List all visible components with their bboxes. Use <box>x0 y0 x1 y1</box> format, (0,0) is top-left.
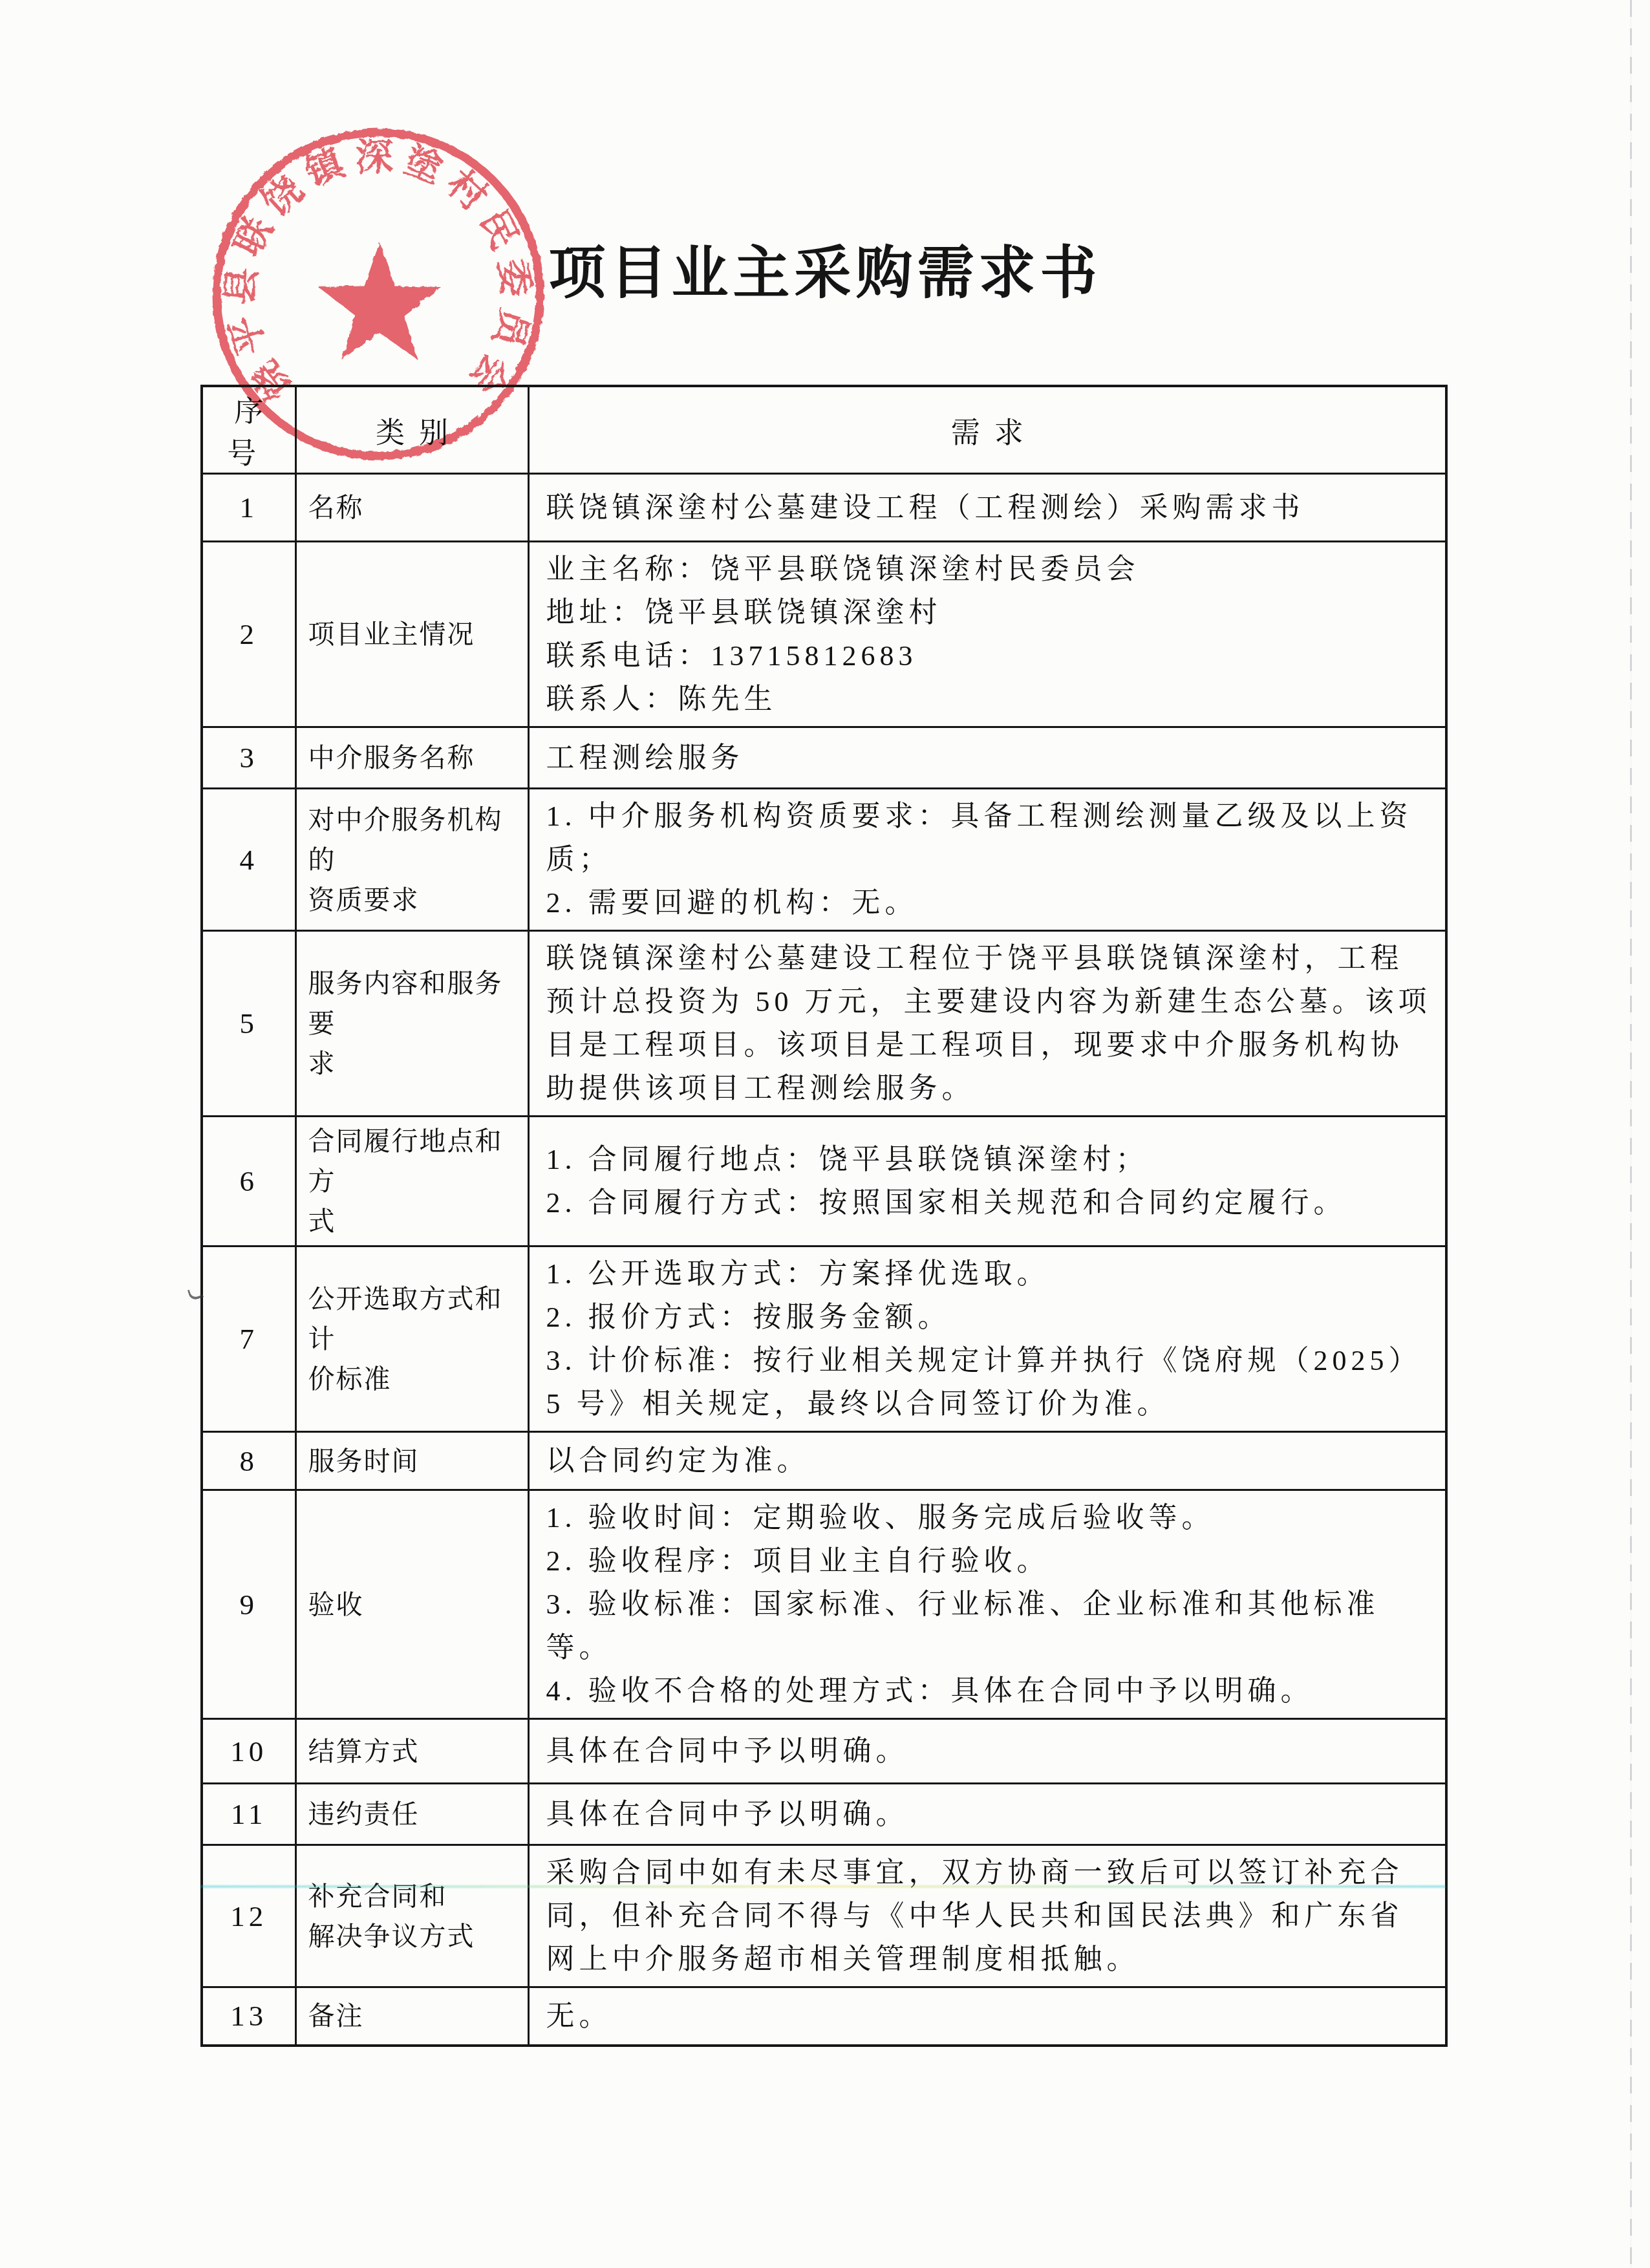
requirement-cell: 联饶镇深塗村公墓建设工程位于饶平县联饶镇深塗村，工程预计总投资为 50 万元，主… <box>528 931 1446 1117</box>
category-cell: 合同履行地点和方式 <box>295 1117 528 1246</box>
table-row: 13备注无。 <box>202 1987 1446 2046</box>
category-line: 结算方式 <box>308 1731 522 1771</box>
category-line: 验收 <box>308 1585 522 1625</box>
requirement-line: 联系电话：13715812683 <box>546 634 1434 678</box>
category-line: 违约责任 <box>308 1794 522 1834</box>
requirement-line: 4. 验收不合格的处理方式：具体在合同中予以明确。 <box>546 1669 1434 1713</box>
category-line: 对中介服务机构的 <box>308 800 522 880</box>
row-number-cell: 4 <box>202 789 295 931</box>
requirement-cell: 1. 合同履行地点：饶平县联饶镇深塗村；2. 合同履行方式：按照国家相关规范和合… <box>528 1117 1446 1246</box>
category-cell: 中介服务名称 <box>295 727 528 789</box>
requirement-line: 2. 需要回避的机构：无。 <box>546 881 1434 925</box>
scan-edge-artifact <box>1630 0 1632 2268</box>
category-line: 价标准 <box>308 1359 522 1399</box>
category-cell: 服务内容和服务要求 <box>295 931 528 1117</box>
requirement-cell: 工程测绘服务 <box>528 727 1446 789</box>
table-row: 7公开选取方式和计价标准1. 公开选取方式：方案择优选取。2. 报价方式：按服务… <box>202 1246 1446 1432</box>
requirement-line: 采购合同中如有未尽事宜，双方协商一致后可以签订补充合同，但补充合同不得与《中华人… <box>546 1851 1434 1981</box>
category-cell: 公开选取方式和计价标准 <box>295 1246 528 1432</box>
requirement-cell: 以合同约定为准。 <box>528 1432 1446 1490</box>
category-line: 解决争议方式 <box>308 1916 522 1956</box>
table-row: 4对中介服务机构的资质要求1. 中介服务机构资质要求：具备工程测绘测量乙级及以上… <box>202 789 1446 931</box>
requirement-cell: 1. 验收时间：定期验收、服务完成后验收等。2. 验收程序：项目业主自行验收。3… <box>528 1490 1446 1719</box>
category-cell: 验收 <box>295 1490 528 1719</box>
row-number-cell: 10 <box>202 1719 295 1784</box>
category-cell: 结算方式 <box>295 1719 528 1784</box>
requirement-line: 1. 合同履行地点：饶平县联饶镇深塗村； <box>546 1138 1434 1181</box>
requirement-cell: 具体在合同中予以明确。 <box>528 1719 1446 1784</box>
requirement-line: 无。 <box>546 1995 1434 2038</box>
header-seq: 序号 <box>202 386 295 474</box>
requirement-line: 1. 验收时间：定期验收、服务完成后验收等。 <box>546 1496 1434 1539</box>
row-number-cell: 6 <box>202 1117 295 1246</box>
table-row: 1名称联饶镇深塗村公墓建设工程（工程测绘）采购需求书 <box>202 474 1446 542</box>
requirement-line: 具体在合同中予以明确。 <box>546 1729 1434 1773</box>
row-number-cell: 12 <box>202 1845 295 1987</box>
requirement-cell: 采购合同中如有未尽事宜，双方协商一致后可以签订补充合同，但补充合同不得与《中华人… <box>528 1845 1446 1987</box>
category-line: 服务内容和服务要 <box>308 963 522 1043</box>
requirement-cell: 无。 <box>528 1987 1446 2046</box>
category-line: 中介服务名称 <box>308 738 522 778</box>
table-row: 12补充合同和解决争议方式采购合同中如有未尽事宜，双方协商一致后可以签订补充合同… <box>202 1845 1446 1987</box>
category-line: 服务时间 <box>308 1441 522 1481</box>
requirement-line: 地址：饶平县联饶镇深塗村 <box>546 591 1434 634</box>
row-number-cell: 1 <box>202 474 295 542</box>
row-number-cell: 7 <box>202 1246 295 1432</box>
requirement-cell: 1. 公开选取方式：方案择优选取。2. 报价方式：按服务金额。3. 计价标准：按… <box>528 1246 1446 1432</box>
requirement-line: 联饶镇深塗村公墓建设工程位于饶平县联饶镇深塗村，工程预计总投资为 50 万元，主… <box>546 937 1434 1110</box>
requirement-line: 3. 计价标准：按行业相关规定计算并执行《饶府规（2025）5 号》相关规定，最… <box>546 1339 1434 1426</box>
requirements-table: 序号 类别 需求 1名称联饶镇深塗村公墓建设工程（工程测绘）采购需求书2项目业主… <box>200 385 1448 2047</box>
row-number-cell: 3 <box>202 727 295 789</box>
category-cell: 项目业主情况 <box>295 542 528 727</box>
category-line: 项目业主情况 <box>308 614 522 654</box>
document-page: 饶平县联饶镇深塗村民委员会 项目业主采购需求书 序号 类别 需求 1名称联饶镇深… <box>0 0 1650 2268</box>
category-line: 公开选取方式和计 <box>308 1279 522 1359</box>
table-row: 2项目业主情况业主名称：饶平县联饶镇深塗村民委员会地址：饶平县联饶镇深塗村联系电… <box>202 542 1446 727</box>
requirement-cell: 1. 中介服务机构资质要求：具备工程测绘测量乙级及以上资质；2. 需要回避的机构… <box>528 789 1446 931</box>
requirement-line: 具体在合同中予以明确。 <box>546 1793 1434 1836</box>
table-body: 1名称联饶镇深塗村公墓建设工程（工程测绘）采购需求书2项目业主情况业主名称：饶平… <box>202 474 1446 2046</box>
category-line: 资质要求 <box>308 880 522 920</box>
category-line: 名称 <box>308 487 522 528</box>
requirement-line: 1. 中介服务机构资质要求：具备工程测绘测量乙级及以上资质； <box>546 795 1434 881</box>
requirement-line: 3. 验收标准：国家标准、行业标准、企业标准和其他标准等。 <box>546 1583 1434 1669</box>
row-number-cell: 9 <box>202 1490 295 1719</box>
requirement-line: 2. 合同履行方式：按照国家相关规范和合同约定履行。 <box>546 1181 1434 1225</box>
category-cell: 对中介服务机构的资质要求 <box>295 789 528 931</box>
category-line: 求 <box>308 1043 522 1084</box>
requirement-cell: 具体在合同中予以明确。 <box>528 1784 1446 1845</box>
requirement-line: 联饶镇深塗村公墓建设工程（工程测绘）采购需求书 <box>546 486 1434 530</box>
category-line: 补充合同和 <box>308 1876 522 1916</box>
table-row: 3中介服务名称工程测绘服务 <box>202 727 1446 789</box>
table-row: 5服务内容和服务要求联饶镇深塗村公墓建设工程位于饶平县联饶镇深塗村，工程预计总投… <box>202 931 1446 1117</box>
category-cell: 名称 <box>295 474 528 542</box>
row-number-cell: 2 <box>202 542 295 727</box>
row-number-cell: 13 <box>202 1987 295 2046</box>
category-line: 备注 <box>308 1996 522 2036</box>
category-cell: 服务时间 <box>295 1432 528 1490</box>
requirement-line: 1. 公开选取方式：方案择优选取。 <box>546 1252 1434 1296</box>
table-row: 11违约责任具体在合同中予以明确。 <box>202 1784 1446 1845</box>
requirement-line: 工程测绘服务 <box>546 736 1434 780</box>
table-row: 10结算方式具体在合同中予以明确。 <box>202 1719 1446 1784</box>
row-number-cell: 11 <box>202 1784 295 1845</box>
table-row: 8服务时间以合同约定为准。 <box>202 1432 1446 1490</box>
header-category: 类别 <box>295 386 528 474</box>
page-title: 项目业主采购需求书 <box>0 228 1650 309</box>
scan-color-fringe <box>200 1885 1446 1888</box>
requirement-cell: 业主名称：饶平县联饶镇深塗村民委员会地址：饶平县联饶镇深塗村联系电话：13715… <box>528 542 1446 727</box>
row-number-cell: 8 <box>202 1432 295 1490</box>
category-line: 合同履行地点和方 <box>308 1121 522 1201</box>
requirement-line: 业主名称：饶平县联饶镇深塗村民委员会 <box>546 548 1434 591</box>
table-header-row: 序号 类别 需求 <box>202 386 1446 474</box>
category-line: 式 <box>308 1201 522 1241</box>
requirement-line: 2. 验收程序：项目业主自行验收。 <box>546 1539 1434 1583</box>
row-number-cell: 5 <box>202 931 295 1117</box>
requirement-line: 以合同约定为准。 <box>546 1439 1434 1482</box>
requirement-cell: 联饶镇深塗村公墓建设工程（工程测绘）采购需求书 <box>528 474 1446 542</box>
table-row: 9验收1. 验收时间：定期验收、服务完成后验收等。2. 验收程序：项目业主自行验… <box>202 1490 1446 1719</box>
requirement-line: 2. 报价方式：按服务金额。 <box>546 1296 1434 1339</box>
category-cell: 备注 <box>295 1987 528 2046</box>
category-cell: 补充合同和解决争议方式 <box>295 1845 528 1987</box>
header-requirement: 需求 <box>528 386 1446 474</box>
table-row: 6合同履行地点和方式1. 合同履行地点：饶平县联饶镇深塗村；2. 合同履行方式：… <box>202 1117 1446 1246</box>
requirement-line: 联系人：陈先生 <box>546 678 1434 721</box>
category-cell: 违约责任 <box>295 1784 528 1845</box>
